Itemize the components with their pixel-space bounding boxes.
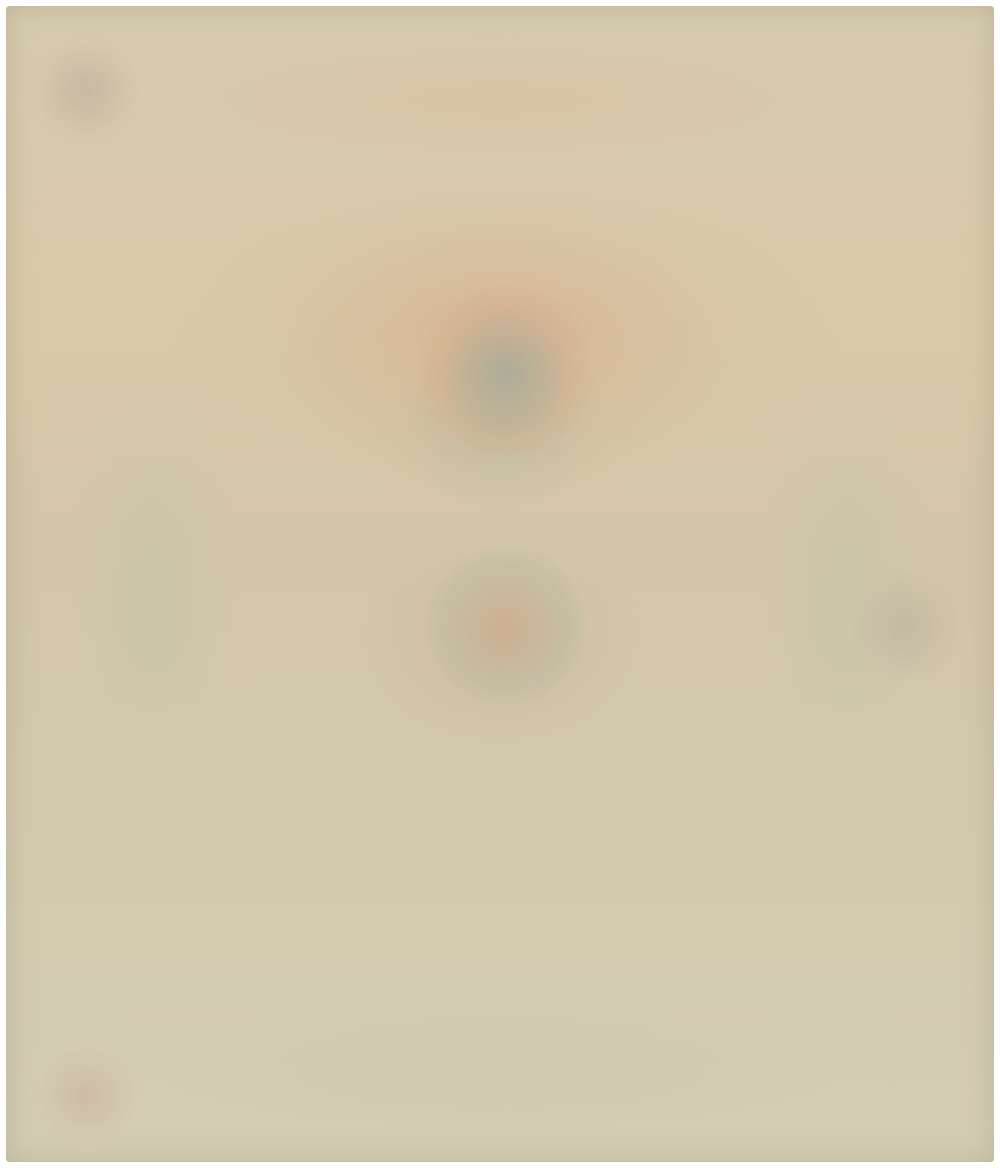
central-medallion-upper <box>416 286 596 456</box>
paisley-right <box>846 566 966 686</box>
rug-photo <box>6 6 994 1162</box>
central-medallion-lower <box>426 546 586 706</box>
paisley-bottom-left <box>26 1046 146 1146</box>
paisley-top-left <box>26 36 146 146</box>
rose-accents <box>156 166 856 466</box>
